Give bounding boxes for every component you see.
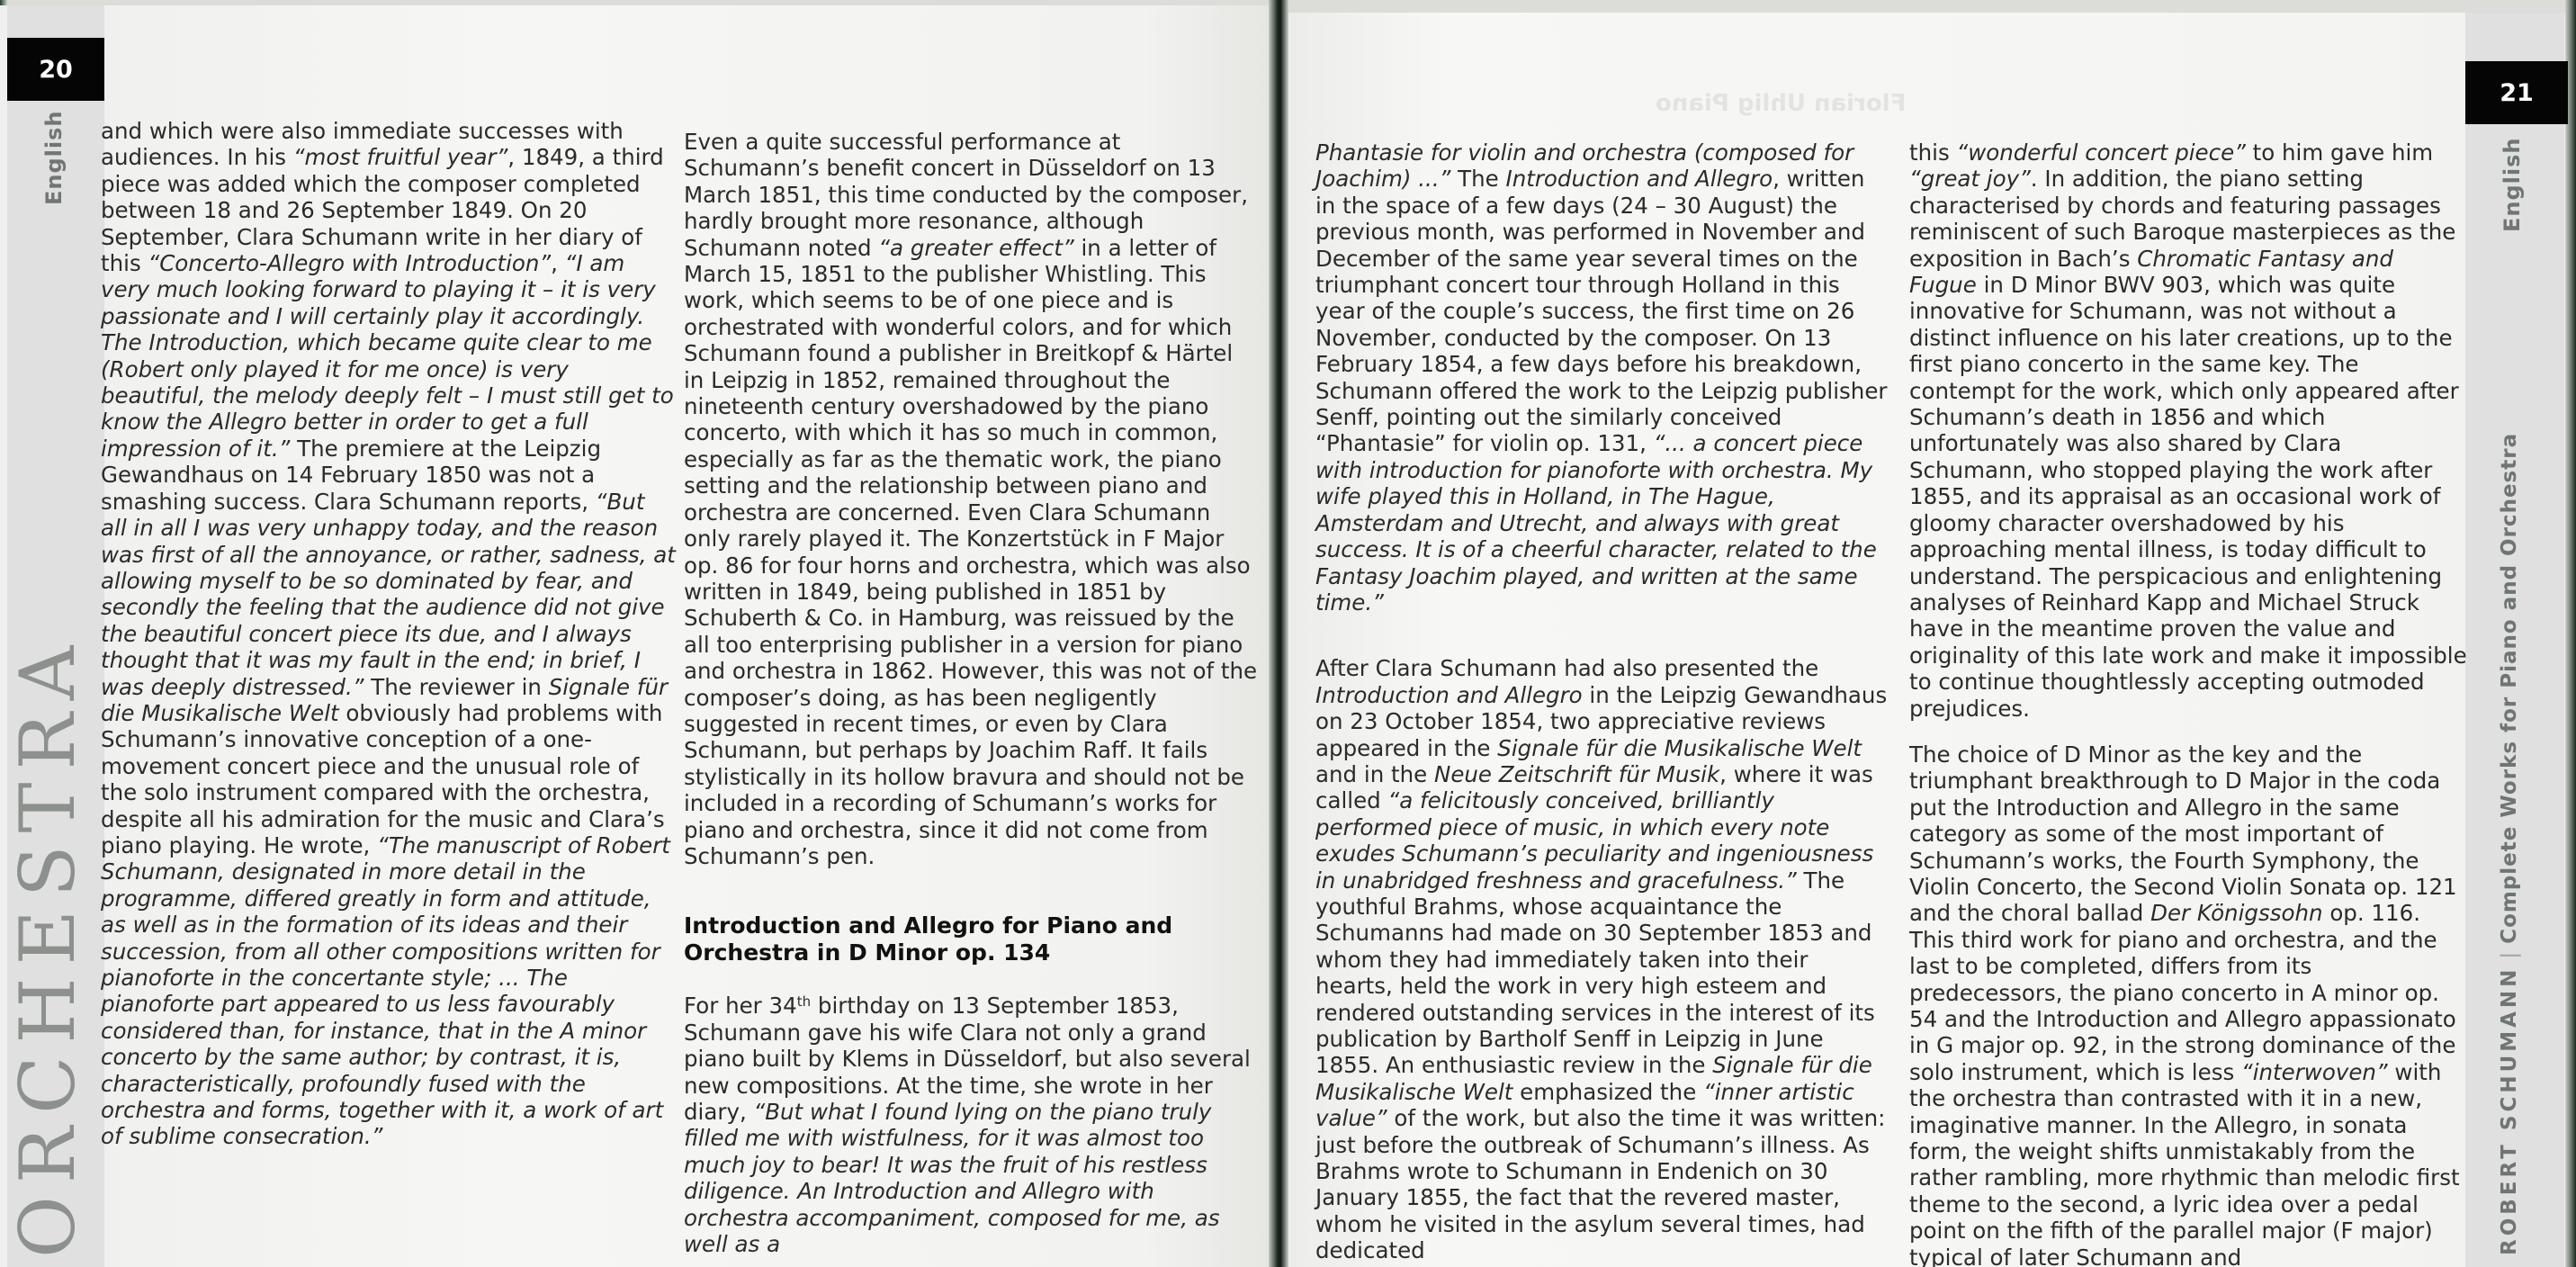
italic-run: “The manuscript of Robert Schumann, desi… bbox=[101, 832, 670, 1149]
paragraph: The choice of D Minor as the key and the… bbox=[1909, 741, 2467, 1267]
series-separator: | bbox=[2498, 951, 2521, 959]
italic-run: “wonderful concert piece” bbox=[1957, 139, 2246, 166]
right-book-edge bbox=[2565, 0, 2576, 1267]
italic-run: “interwoven” bbox=[2241, 1059, 2388, 1085]
italic-run: “most fruitful year” bbox=[293, 144, 507, 170]
show-through-header: Florian Uhlig Piano bbox=[1656, 90, 1906, 117]
section-heading: Introduction and Allegro for Piano and O… bbox=[684, 912, 1260, 966]
paragraph: Phantasie for violin and orchestra (comp… bbox=[1315, 139, 1891, 616]
italic-run: Chromatic Fantasy and Fugue bbox=[1909, 246, 2393, 298]
paragraph: this “wonderful concert piece” to him ga… bbox=[1909, 139, 2467, 722]
italic-run: “great joy” bbox=[1909, 166, 2031, 192]
italic-run: “... a concert piece with introduction f… bbox=[1315, 430, 1877, 615]
column-2: Even a quite successful performance at S… bbox=[684, 129, 1260, 1257]
column-4: this “wonderful concert piece” to him ga… bbox=[1909, 139, 2467, 1267]
text-run: For her 34 bbox=[684, 993, 797, 1019]
paragraph: For her 34th birthday on 13 September 18… bbox=[684, 993, 1260, 1257]
margin-title-orchestra: ORCHESTRA bbox=[4, 633, 92, 1258]
booklet-spread: 20 English ORCHESTRA 21 English ROBERT S… bbox=[0, 0, 2576, 1267]
series-title: ROBERT SCHUMANN|Complete Works for Piano… bbox=[2498, 433, 2521, 1255]
column-1: and which were also immediate successes … bbox=[101, 118, 677, 1150]
language-tab-right: English bbox=[2500, 138, 2525, 232]
series-work-title: Complete Works for Piano and Orchestra bbox=[2498, 433, 2521, 944]
language-tab-left: English bbox=[41, 111, 67, 205]
ordinal-superscript: th bbox=[797, 993, 811, 1010]
paragraph: After Clara Schumann had also presented … bbox=[1315, 655, 1891, 1263]
italic-run: “Concerto-Allegro with Introduction” bbox=[148, 250, 552, 276]
column-3: Phantasie for violin and orchestra (comp… bbox=[1315, 139, 1891, 1264]
series-artist: ROBERT SCHUMANN bbox=[2498, 966, 2521, 1255]
italic-run: “I am very much looking forward to playi… bbox=[101, 250, 674, 462]
italic-run: Introduction and Allegro bbox=[1315, 682, 1583, 708]
italic-run: “But what I found lying on the piano tru… bbox=[684, 1099, 1220, 1257]
italic-run: Introduction and Allegro bbox=[1505, 166, 1773, 192]
italic-run: “a greater effect” bbox=[878, 235, 1073, 261]
page-number-left: 20 bbox=[7, 38, 104, 101]
italic-run: Neue Zeitschrift für Musik bbox=[1434, 761, 1719, 787]
italic-run: Der Königssohn bbox=[2150, 900, 2322, 926]
italic-run: “But all in all I was very unhappy today… bbox=[101, 489, 676, 700]
text-run: birthday on 13 September 1853, Schumann … bbox=[684, 993, 1251, 1257]
paragraph: and which were also immediate successes … bbox=[101, 118, 677, 1150]
italic-run: “a felicitously conceived, brilliantly p… bbox=[1315, 787, 1873, 893]
page-number-right: 21 bbox=[2465, 61, 2568, 124]
italic-run: Signale für die Musikalische Welt bbox=[1497, 735, 1862, 761]
paragraph: Even a quite successful performance at S… bbox=[684, 129, 1260, 869]
spine-gutter bbox=[1269, 0, 1288, 1267]
